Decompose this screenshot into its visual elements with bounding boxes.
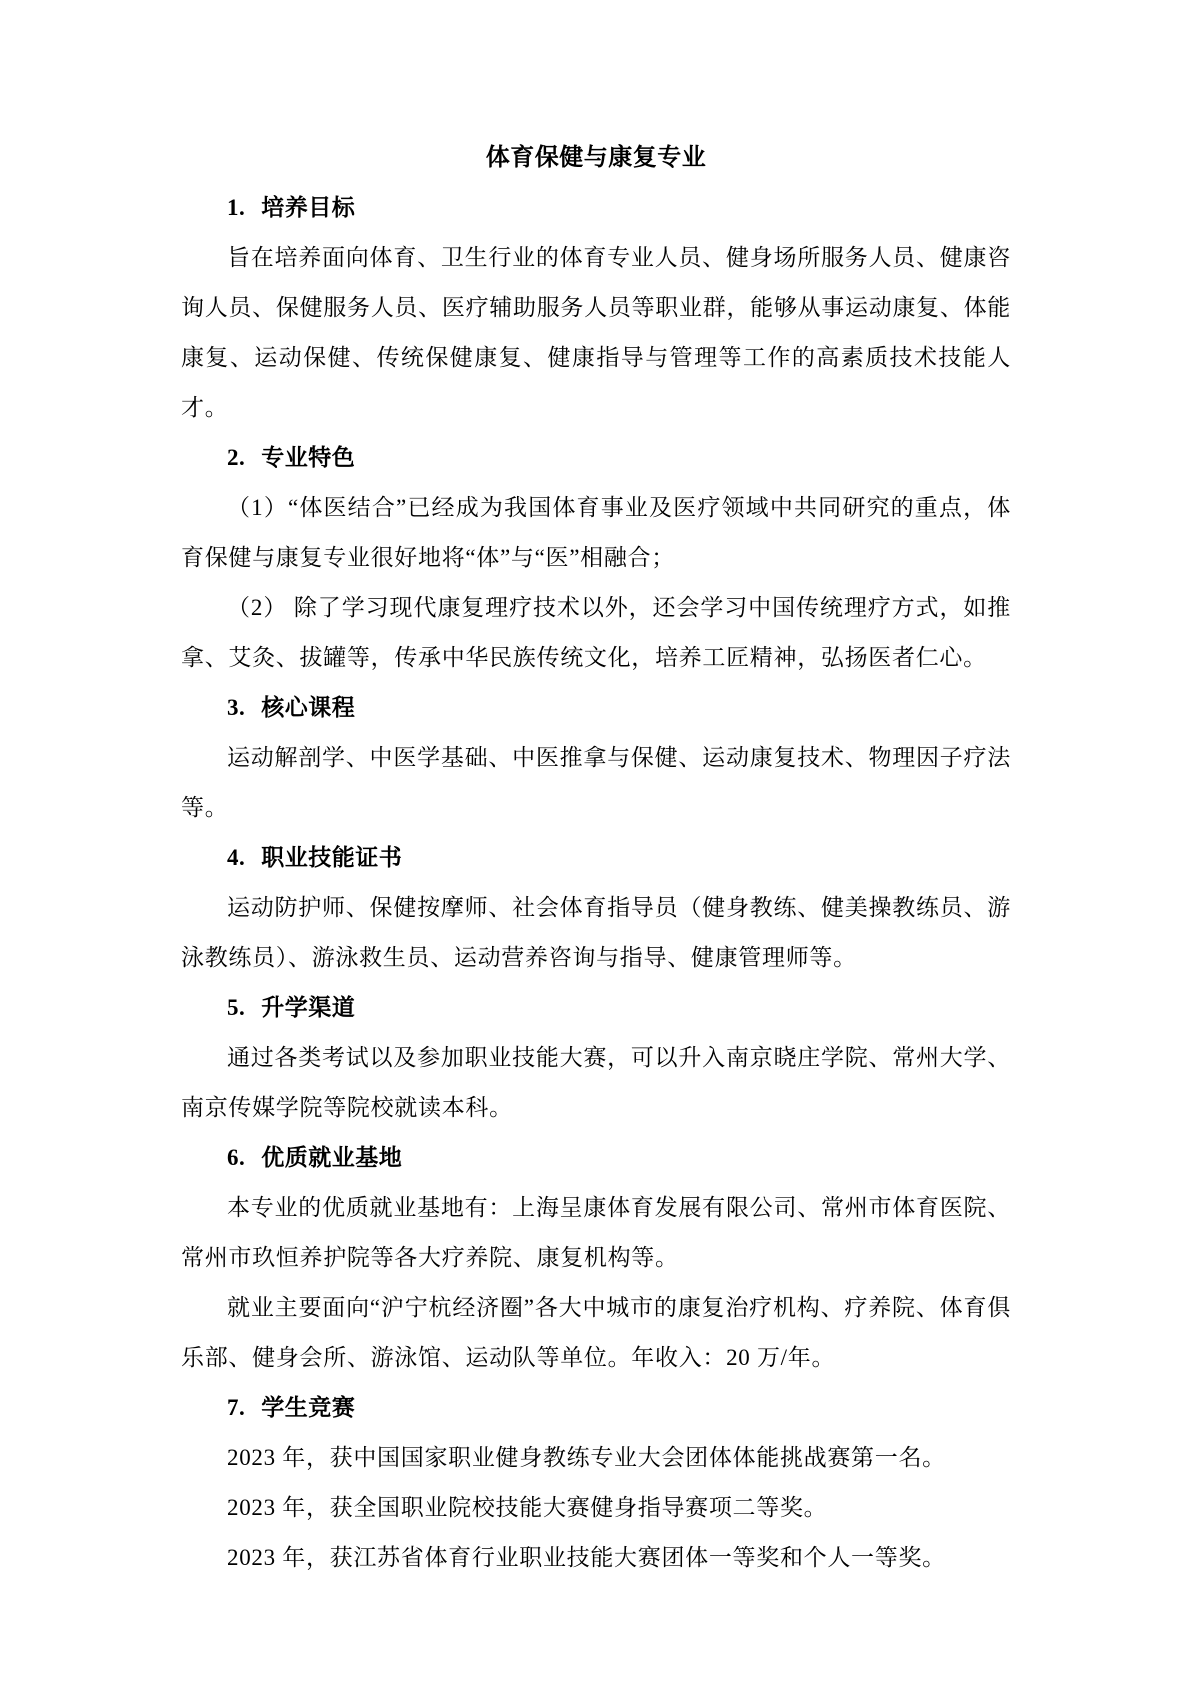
section-number: 4. bbox=[227, 833, 245, 883]
section-employment-bases: 6.优质就业基地 本专业的优质就业基地有：上海呈康体育发展有限公司、常州市体育医… bbox=[181, 1133, 1011, 1383]
section-heading: 2.专业特色 bbox=[181, 433, 1011, 483]
paragraph: 2023 年，获全国职业院校技能大赛健身指导赛项二等奖。 bbox=[181, 1483, 1011, 1533]
section-core-courses: 3.核心课程 运动解剖学、中医学基础、中医推拿与保健、运动康复技术、物理因子疗法… bbox=[181, 683, 1011, 833]
paragraph: 就业主要面向“沪宁杭经济圈”各大中城市的康复治疗机构、疗养院、体育俱乐部、健身会… bbox=[181, 1283, 1011, 1383]
section-heading: 5.升学渠道 bbox=[181, 983, 1011, 1033]
section-number: 5. bbox=[227, 983, 245, 1033]
section-number: 2. bbox=[227, 433, 245, 483]
paragraph: 运动防护师、保健按摩师、社会体育指导员（健身教练、健美操教练员、游泳教练员）、游… bbox=[181, 883, 1011, 983]
section-heading-label: 学生竞赛 bbox=[261, 1395, 355, 1420]
document-page: 体育保健与康复专业 1.培养目标 旨在培养面向体育、卫生行业的体育专业人员、健身… bbox=[0, 0, 1191, 1684]
section-training-objectives: 1.培养目标 旨在培养面向体育、卫生行业的体育专业人员、健身场所服务人员、健康咨… bbox=[181, 183, 1011, 433]
paragraph: 通过各类考试以及参加职业技能大赛，可以升入南京晓庄学院、常州大学、南京传媒学院等… bbox=[181, 1033, 1011, 1133]
section-number: 3. bbox=[227, 683, 245, 733]
page-title: 体育保健与康复专业 bbox=[181, 133, 1011, 183]
section-heading-label: 优质就业基地 bbox=[261, 1145, 402, 1170]
paragraph: 旨在培养面向体育、卫生行业的体育专业人员、健身场所服务人员、健康咨询人员、保健服… bbox=[181, 233, 1011, 433]
paragraph: （1）“体医结合”已经成为我国体育事业及医疗领域中共同研究的重点，体育保健与康复… bbox=[181, 483, 1011, 583]
section-heading: 6.优质就业基地 bbox=[181, 1133, 1011, 1183]
section-heading: 3.核心课程 bbox=[181, 683, 1011, 733]
section-heading: 4.职业技能证书 bbox=[181, 833, 1011, 883]
section-heading: 1.培养目标 bbox=[181, 183, 1011, 233]
section-heading-label: 职业技能证书 bbox=[261, 845, 402, 870]
section-heading-label: 升学渠道 bbox=[261, 995, 355, 1020]
section-number: 7. bbox=[227, 1383, 245, 1433]
paragraph: 2023 年，获江苏省体育行业职业技能大赛团体一等奖和个人一等奖。 bbox=[181, 1533, 1011, 1583]
paragraph: （2） 除了学习现代康复理疗技术以外，还会学习中国传统理疗方式，如推拿、艾灸、拔… bbox=[181, 583, 1011, 683]
section-number: 6. bbox=[227, 1133, 245, 1183]
section-major-features: 2.专业特色 （1）“体医结合”已经成为我国体育事业及医疗领域中共同研究的重点，… bbox=[181, 433, 1011, 683]
section-student-competitions: 7.学生竞赛 2023 年，获中国国家职业健身教练专业大会团体体能挑战赛第一名。… bbox=[181, 1383, 1011, 1583]
section-number: 1. bbox=[227, 183, 245, 233]
section-further-study: 5.升学渠道 通过各类考试以及参加职业技能大赛，可以升入南京晓庄学院、常州大学、… bbox=[181, 983, 1011, 1133]
paragraph: 运动解剖学、中医学基础、中医推拿与保健、运动康复技术、物理因子疗法等。 bbox=[181, 733, 1011, 833]
section-heading-label: 专业特色 bbox=[261, 445, 355, 470]
section-heading-label: 培养目标 bbox=[261, 195, 355, 220]
section-heading: 7.学生竞赛 bbox=[181, 1383, 1011, 1433]
paragraph: 本专业的优质就业基地有：上海呈康体育发展有限公司、常州市体育医院、常州市玖恒养护… bbox=[181, 1183, 1011, 1283]
section-vocational-certificates: 4.职业技能证书 运动防护师、保健按摩师、社会体育指导员（健身教练、健美操教练员… bbox=[181, 833, 1011, 983]
paragraph: 2023 年，获中国国家职业健身教练专业大会团体体能挑战赛第一名。 bbox=[181, 1433, 1011, 1483]
section-heading-label: 核心课程 bbox=[261, 695, 355, 720]
